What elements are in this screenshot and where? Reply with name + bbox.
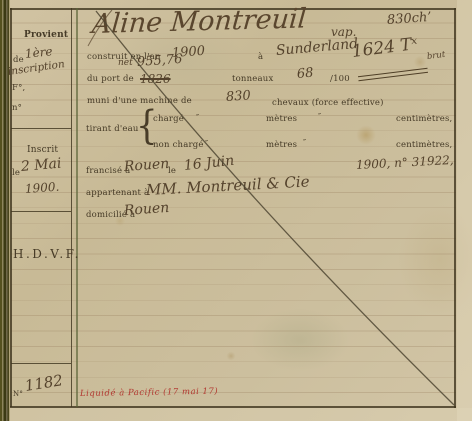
leftcol-divider-2 — [11, 211, 71, 212]
provient-folio-label: F°, — [12, 83, 25, 93]
frame-right — [454, 8, 456, 408]
tirant-centimetres-2: centimètres, — [396, 140, 452, 150]
tirant-metres-1: mètres — [266, 114, 297, 124]
francise-le-label: le — [168, 166, 176, 176]
tirant-ditto-1: ″ — [196, 113, 199, 123]
leftcol-divider-3 — [11, 363, 71, 364]
inscrit-le-label: le — [12, 168, 20, 178]
ship-power: 830ch’ — [386, 10, 432, 28]
machine-suffix: chevaux (force effective) — [272, 98, 384, 108]
tirant-ditto-4: ″ — [303, 138, 306, 148]
inscrit-date-year: 1900. — [25, 180, 60, 196]
tirant-metres-2: mètres — [266, 140, 297, 150]
hdvf-mark: H.D.V.F. — [13, 247, 81, 261]
leftcol-divider-1 — [11, 128, 71, 129]
provient-hand-1: 1ère — [24, 44, 53, 61]
tonneaux-fraction: /100 — [330, 74, 350, 84]
page-edge-bottom — [0, 408, 472, 421]
tonneaux-value: 68 — [296, 66, 314, 82]
binding-edge — [0, 0, 10, 421]
registry-no-label: N° — [13, 390, 23, 398]
port-label: du port de — [87, 74, 134, 84]
tirant-label: tirant d'eau — [86, 124, 139, 134]
francise-place: Rouen — [123, 156, 169, 175]
port-net-value: 955,76 — [136, 52, 182, 70]
tirant-centimetres-1: centimètres, — [396, 114, 452, 124]
leftcol-right-border — [71, 8, 72, 407]
provient-numero-label: n° — [12, 103, 22, 113]
port-net-label: net — [118, 58, 133, 68]
tirant-ditto-2: ″ — [318, 112, 321, 122]
tirant-ditto-3: ″ — [205, 139, 208, 149]
leftcol-green-rule — [76, 8, 78, 407]
construit-at-label: à — [258, 52, 263, 62]
tonneaux-label: tonneaux — [232, 74, 273, 84]
page-edge-right — [457, 0, 472, 421]
ship-name: Aline Montreuil — [91, 3, 308, 40]
tirant-charge-label: chargé — [153, 114, 184, 124]
appartenant-label: appartenant à — [86, 188, 149, 198]
provient-label: Provient — [24, 30, 68, 40]
domicilie-place: Rouen — [123, 200, 169, 219]
port-struck-value: 1826 — [140, 72, 171, 86]
registry-card: Provient de 1ère inscription F°, n° Insc… — [0, 0, 472, 421]
tirant-noncharge-label: non chargé — [153, 140, 204, 150]
machine-value: 830 — [225, 88, 251, 105]
inscrit-label: Inscrit — [27, 145, 58, 155]
